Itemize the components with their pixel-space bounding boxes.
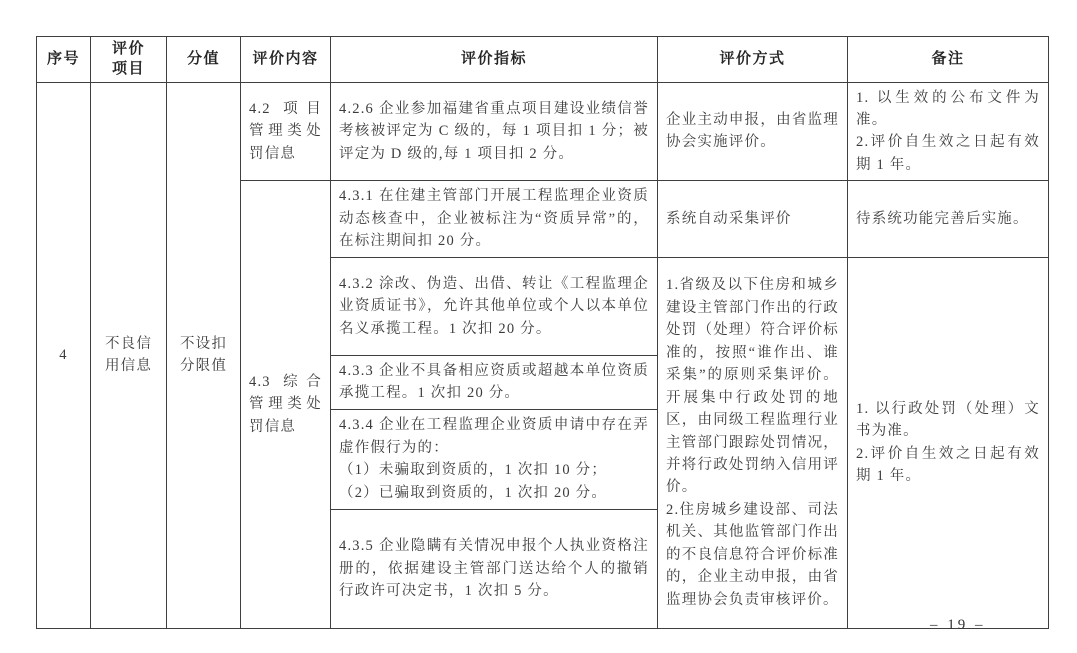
evaluation-table: 序号 评价 项目 分值 评价内容 评价指标 评价方式 备注 4 不良信用信息 不… (36, 36, 1049, 629)
header-remark: 备注 (848, 37, 1049, 83)
cell-method-merged: 1.省级及以下住房和城乡建设主管部门作出的行政处罚（处理）符合评价标准的，按照“… (658, 257, 848, 628)
cell-indicator-4-2-6: 4.2.6 企业参加福建省重点项目建设业绩信誉考核被评定为 C 级的，每 1 项… (331, 82, 658, 181)
header-score: 分值 (167, 37, 241, 83)
cell-indicator-4-3-4: 4.3.4 企业在工程监理企业资质申请中存在弄虚作假行为的： （1）未骗取到资质… (331, 409, 658, 509)
cell-indicator-4-3-1: 4.3.1 在住建主管部门开展工程监理企业资质动态核查中，企业被标注为“资质异常… (331, 181, 658, 257)
cell-serial-no: 4 (37, 82, 91, 628)
table-row-4-2-6: 4 不良信用信息 不设扣分限值 4.2 项目管理类处罚信息 4.2.6 企业参加… (37, 82, 1049, 181)
cell-content-4-2: 4.2 项目管理类处罚信息 (241, 82, 331, 181)
page-number: – 19 – (930, 617, 986, 634)
header-indicator: 评价指标 (331, 37, 658, 83)
cell-remark-merged: 1. 以行政处罚（处理）文书为准。 2.评价自生效之日起有效期 1 年。 (848, 257, 1049, 628)
cell-remark-row1: 1. 以生效的公布文件为准。 2.评价自生效之日起有效期 1 年。 (848, 82, 1049, 181)
cell-score-limit: 不设扣分限值 (167, 82, 241, 628)
header-method: 评价方式 (658, 37, 848, 83)
document-page: 序号 评价 项目 分值 评价内容 评价指标 评价方式 备注 4 不良信用信息 不… (0, 0, 1077, 653)
cell-method-row1: 企业主动申报，由省监理协会实施评价。 (658, 82, 848, 181)
header-content: 评价内容 (241, 37, 331, 83)
header-serial-no: 序号 (37, 37, 91, 83)
cell-indicator-4-3-2: 4.3.2 涂改、伪造、出借、转让《工程监理企业资质证书》，允许其他单位或个人以… (331, 257, 658, 355)
cell-project-name: 不良信用信息 (91, 82, 167, 628)
cell-content-4-3: 4.3 综合管理类处罚信息 (241, 181, 331, 628)
cell-method-row2: 系统自动采集评价 (658, 181, 848, 257)
cell-indicator-4-3-3: 4.3.3 企业不具备相应资质或超越本单位资质承揽工程。1 次扣 20 分。 (331, 355, 658, 409)
cell-indicator-4-3-5: 4.3.5 企业隐瞒有关情况申报个人执业资格注册的，依据建设主管部门送达给个人的… (331, 509, 658, 628)
header-project: 评价 项目 (91, 37, 167, 83)
table-header-row: 序号 评价 项目 分值 评价内容 评价指标 评价方式 备注 (37, 37, 1049, 83)
cell-remark-row2: 待系统功能完善后实施。 (848, 181, 1049, 257)
